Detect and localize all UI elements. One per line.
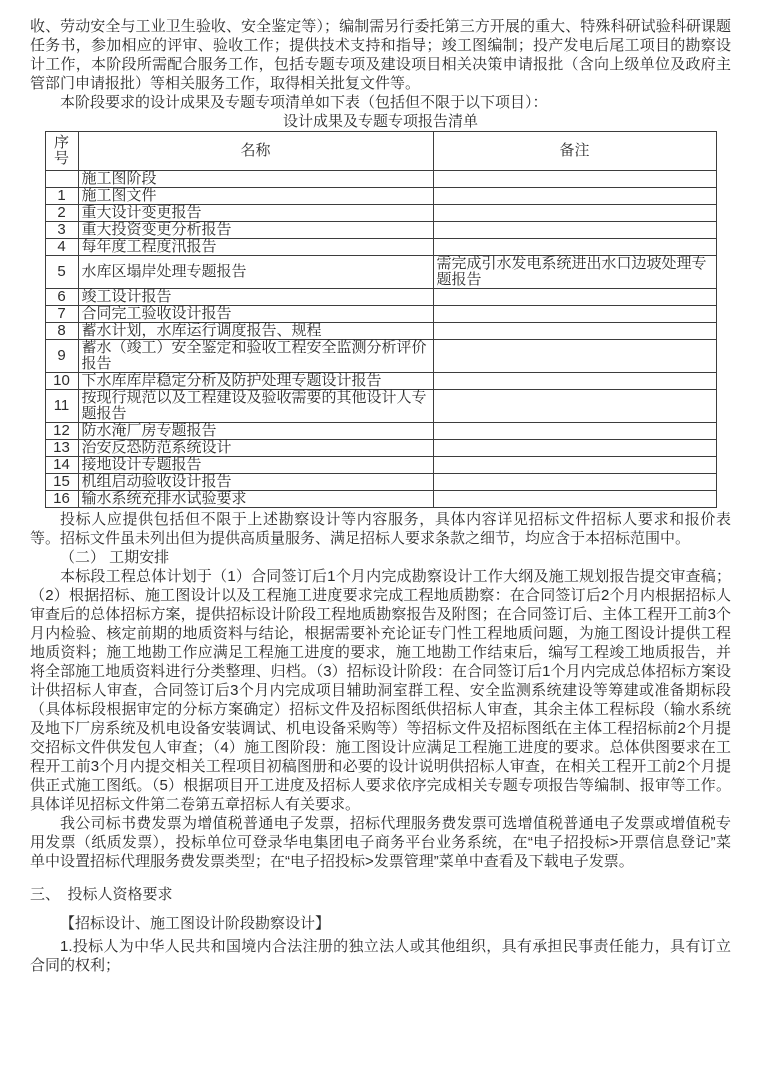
cell-serial-number: 6 (45, 289, 78, 306)
cell-report-name: 蓄水计划，水库运行调度报告、规程 (78, 323, 433, 340)
table-row: 5 水库区塌岸处理专题报告 需完成引水发电系统进出水口边坡处理专题报告 (45, 256, 716, 289)
paragraph-service-scope-continuation: 收、劳动安全与工业卫生验收、安全鉴定等）；编制需另行委托第三方开展的重大、特殊科… (30, 17, 731, 93)
paragraph-invoice-note: 我公司标书费发票为增值税普通电子发票，招标代理服务费发票可选增值税普通电子发票或… (30, 814, 731, 871)
table-row: 15 机组启动验收设计报告 (45, 474, 716, 491)
cell-report-name: 接地设计专题报告 (78, 457, 433, 474)
paragraph-bidder-scope: 投标人应提供包括但不限于上述勘察设计等内容服务，具体内容详见招标文件招标人要求和… (30, 510, 731, 548)
cell-report-name: 合同完工验收设计报告 (78, 306, 433, 323)
cell-report-name: 重大投资变更分析报告 (78, 222, 433, 239)
cell-note (433, 390, 716, 423)
cell-note (433, 306, 716, 323)
table-row: 12 防水淹厂房专题报告 (45, 423, 716, 440)
table-row: 6 竣工设计报告 (45, 289, 716, 306)
table-row: 11 按现行规范以及工程建设及验收需要的其他设计人专题报告 (45, 390, 716, 423)
table-row: 7 合同完工验收设计报告 (45, 306, 716, 323)
cell-report-name: 蓄水（竣工）安全鉴定和验收工程安全监测分析评价报告 (78, 340, 433, 373)
table-row: 13 治安反恐防范系统设计 (45, 440, 716, 457)
cell-report-name: 水库区塌岸处理专题报告 (78, 256, 433, 289)
table-row: 1 施工图文件 (45, 188, 716, 205)
cell-note (433, 491, 716, 508)
cell-note: 需完成引水发电系统进出水口边坡处理专题报告 (433, 256, 716, 289)
cell-report-name: 按现行规范以及工程建设及验收需要的其他设计人专题报告 (78, 390, 433, 423)
table-row: 施工图阶段 (45, 171, 716, 188)
cell-note (433, 323, 716, 340)
cell-serial-number: 13 (45, 440, 78, 457)
cell-report-name: 竣工设计报告 (78, 289, 433, 306)
table-row: 8 蓄水计划，水库运行调度报告、规程 (45, 323, 716, 340)
cell-note (433, 188, 716, 205)
column-header-serial-number: 序号 (45, 132, 78, 171)
table-row: 2 重大设计变更报告 (45, 205, 716, 222)
table-row: 4 每年度工程度汛报告 (45, 239, 716, 256)
cell-serial-number: 2 (45, 205, 78, 222)
paragraph-table-lead-in: 本阶段要求的设计成果及专题专项清单如下表（包括但不限于以下项目）： (30, 93, 731, 112)
paragraph-schedule-plan: 本标段工程总体计划于（1）合同签订后1个月内完成勘察设计工作大纲及施工规划报告提… (30, 567, 731, 814)
cell-note (433, 474, 716, 491)
cell-report-name: 治安反恐防范系统设计 (78, 440, 433, 457)
cell-note (433, 239, 716, 256)
table-row: 14 接地设计专题报告 (45, 457, 716, 474)
heading-schedule-section: （二） 工期安排 (30, 548, 731, 567)
table-row: 10 下水库库岸稳定分析及防护处理专题设计报告 (45, 373, 716, 390)
cell-serial-number: 8 (45, 323, 78, 340)
cell-note (433, 440, 716, 457)
cell-report-name: 施工图阶段 (78, 171, 433, 188)
table-row: 9 蓄水（竣工）安全鉴定和验收工程安全监测分析评价报告 (45, 340, 716, 373)
cell-report-name: 每年度工程度汛报告 (78, 239, 433, 256)
cell-serial-number: 14 (45, 457, 78, 474)
cell-serial-number (45, 171, 78, 188)
cell-serial-number: 11 (45, 390, 78, 423)
cell-serial-number: 16 (45, 491, 78, 508)
cell-report-name: 防水淹厂房专题报告 (78, 423, 433, 440)
cell-note (433, 340, 716, 373)
table-row: 16 输水系统充排水试验要求 (45, 491, 716, 508)
table-title: 设计成果及专题专项报告清单 (30, 112, 731, 131)
cell-report-name: 机组启动验收设计报告 (78, 474, 433, 491)
cell-note (433, 171, 716, 188)
cell-serial-number: 4 (45, 239, 78, 256)
paragraph-qualification-item-1: 1.投标人为中华人民共和国境内合法注册的独立法人或其他组织，具有承担民事责任能力… (30, 937, 731, 975)
table-header-row: 序号 名称 备注 (45, 132, 716, 171)
document-page: 收、劳动安全与工业卫生验收、安全鉴定等）；编制需另行委托第三方开展的重大、特殊科… (0, 0, 761, 975)
cell-note (433, 457, 716, 474)
design-report-table: 序号 名称 备注 施工图阶段 1 施工图文件 (45, 131, 717, 508)
cell-serial-number: 7 (45, 306, 78, 323)
cell-report-name: 下水库库岸稳定分析及防护处理专题设计报告 (78, 373, 433, 390)
cell-serial-number: 15 (45, 474, 78, 491)
cell-note (433, 373, 716, 390)
table-row: 3 重大投资变更分析报告 (45, 222, 716, 239)
heading-bidder-qualification: 三、 投标人资格要求 (30, 885, 731, 904)
cell-report-name: 重大设计变更报告 (78, 205, 433, 222)
cell-serial-number: 3 (45, 222, 78, 239)
cell-note (433, 222, 716, 239)
cell-note (433, 289, 716, 306)
cell-note (433, 205, 716, 222)
column-header-name: 名称 (78, 132, 433, 171)
cell-serial-number: 5 (45, 256, 78, 289)
column-header-note: 备注 (433, 132, 716, 171)
cell-note (433, 423, 716, 440)
cell-serial-number: 12 (45, 423, 78, 440)
cell-serial-number: 10 (45, 373, 78, 390)
heading-design-stage-bracket: 【招标设计、施工图设计阶段勘察设计】 (30, 914, 731, 933)
cell-report-name: 输水系统充排水试验要求 (78, 491, 433, 508)
cell-report-name: 施工图文件 (78, 188, 433, 205)
cell-serial-number: 1 (45, 188, 78, 205)
cell-serial-number: 9 (45, 340, 78, 373)
